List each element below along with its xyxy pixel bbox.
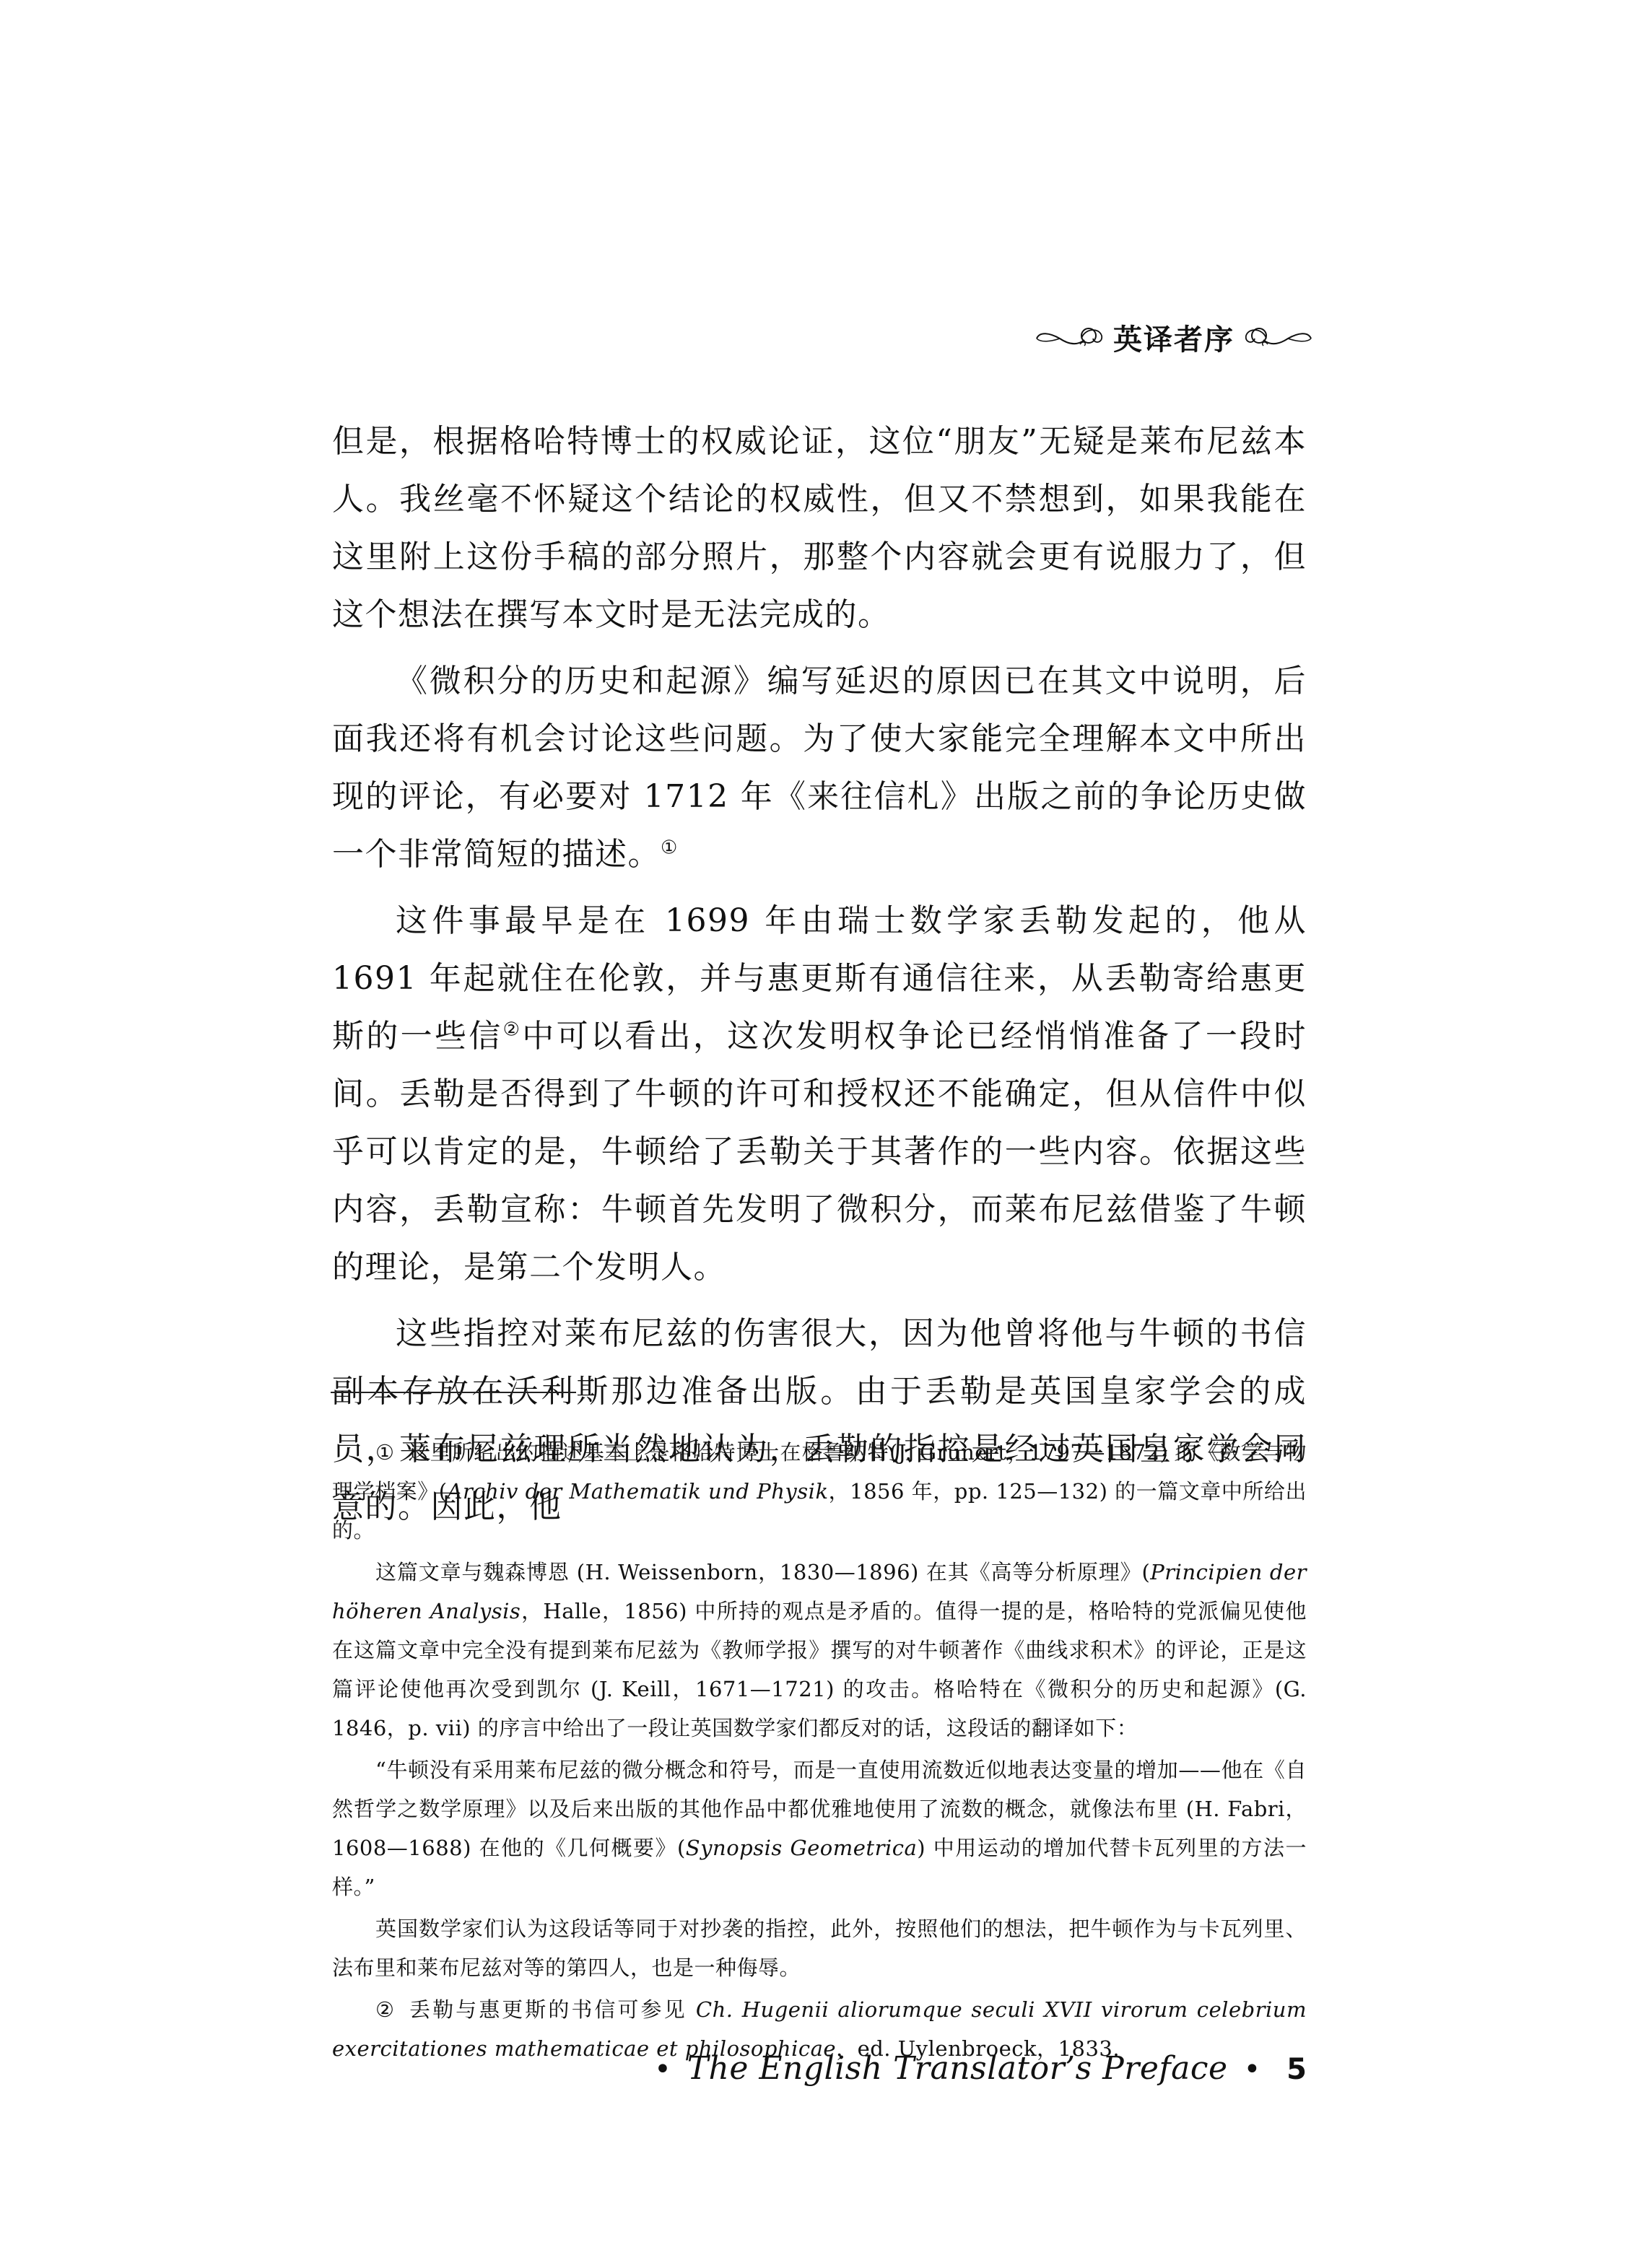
running-header: 英译者序 <box>1011 312 1314 362</box>
body-text: 但是，根据格哈特博士的权威论证，这位“朋友”无疑是莱布尼兹本人。我丝毫不怀疑这个… <box>332 413 1307 1536</box>
paragraph-text: 但是，根据格哈特博士的权威论证，这位“朋友”无疑是莱布尼兹本人。我丝毫不怀疑这个… <box>332 423 1307 633</box>
footnote-italic-title: Archiv der Mathematik und Physik <box>448 1479 829 1504</box>
footnote-text: 丢勒与惠更斯的书信可参见 <box>409 1997 696 2022</box>
paragraph-text: 《微积分的历史和起源》编写延迟的原因已在其文中说明，后面我还将有机会讨论这些问题… <box>332 663 1307 873</box>
footer-title: The English Translator’s Preface <box>687 2050 1228 2087</box>
footnote-text: 英国数学家们认为这段话等同于对抄袭的指控，此外，按照他们的想法，把牛顿作为与卡瓦… <box>332 1916 1307 1980</box>
running-footer: • The English Translator’s Preface • 5 <box>654 2050 1307 2087</box>
book-page: 英译者序 但是，根据格哈特博士的权威论证，这位“朋友”无疑是莱布尼兹本人。我丝毫… <box>0 0 1646 2268</box>
footnote-1-continuation-a: 这篇文章与魏森博恩 (H. Weissenborn，1830—1896) 在其《… <box>332 1553 1307 1748</box>
footnote-mark: ② <box>375 1997 396 2022</box>
footnote-1-continuation-b: 英国数学家们认为这段话等同于对抄袭的指控，此外，按照他们的想法，把牛顿作为与卡瓦… <box>332 1909 1307 1987</box>
bullet-icon: • <box>1244 2053 1261 2086</box>
bullet-icon: • <box>654 2053 671 2086</box>
footnote-text: 这篇文章与魏森博恩 (H. Weissenborn，1830—1896) 在其《… <box>375 1560 1150 1584</box>
flourish-right-icon <box>1242 323 1314 352</box>
footnote-divider <box>331 1392 576 1393</box>
footnote-1-quote: “牛顿没有采用莱布尼兹的微分概念和符号，而是一直使用流数近似地表达变量的增加——… <box>332 1750 1307 1906</box>
footnote-ref-1[interactable]: ① <box>661 837 679 858</box>
flourish-left-icon <box>1034 323 1106 352</box>
footnote-ref-2[interactable]: ② <box>503 1019 523 1040</box>
page-number: 5 <box>1286 2053 1307 2086</box>
paragraph-2: 《微积分的历史和起源》编写延迟的原因已在其文中说明，后面我还将有机会讨论这些问题… <box>332 653 1307 884</box>
footnotes: ①这里所给出的描述基本上是格哈特博士在格鲁纳特(J. Grunert，1797—… <box>332 1433 1307 2071</box>
chapter-title: 英译者序 <box>1113 317 1234 358</box>
footnote-italic-title: Synopsis Geometrica <box>686 1836 917 1860</box>
footnote-mark: ① <box>375 1440 395 1465</box>
paragraph-text: 中可以看出，这次发明权争论已经悄悄准备了一段时间。丢勒是否得到了牛顿的许可和授权… <box>332 1018 1307 1286</box>
paragraph-3: 这件事最早是在 1699 年由瑞士数学家丢勒发起的，他从 1691 年起就住在伦… <box>332 892 1307 1296</box>
footnote-1: ①这里所给出的描述基本上是格哈特博士在格鲁纳特(J. Grunert，1797—… <box>332 1433 1307 1550</box>
paragraph-1: 但是，根据格哈特博士的权威论证，这位“朋友”无疑是莱布尼兹本人。我丝毫不怀疑这个… <box>332 413 1307 644</box>
